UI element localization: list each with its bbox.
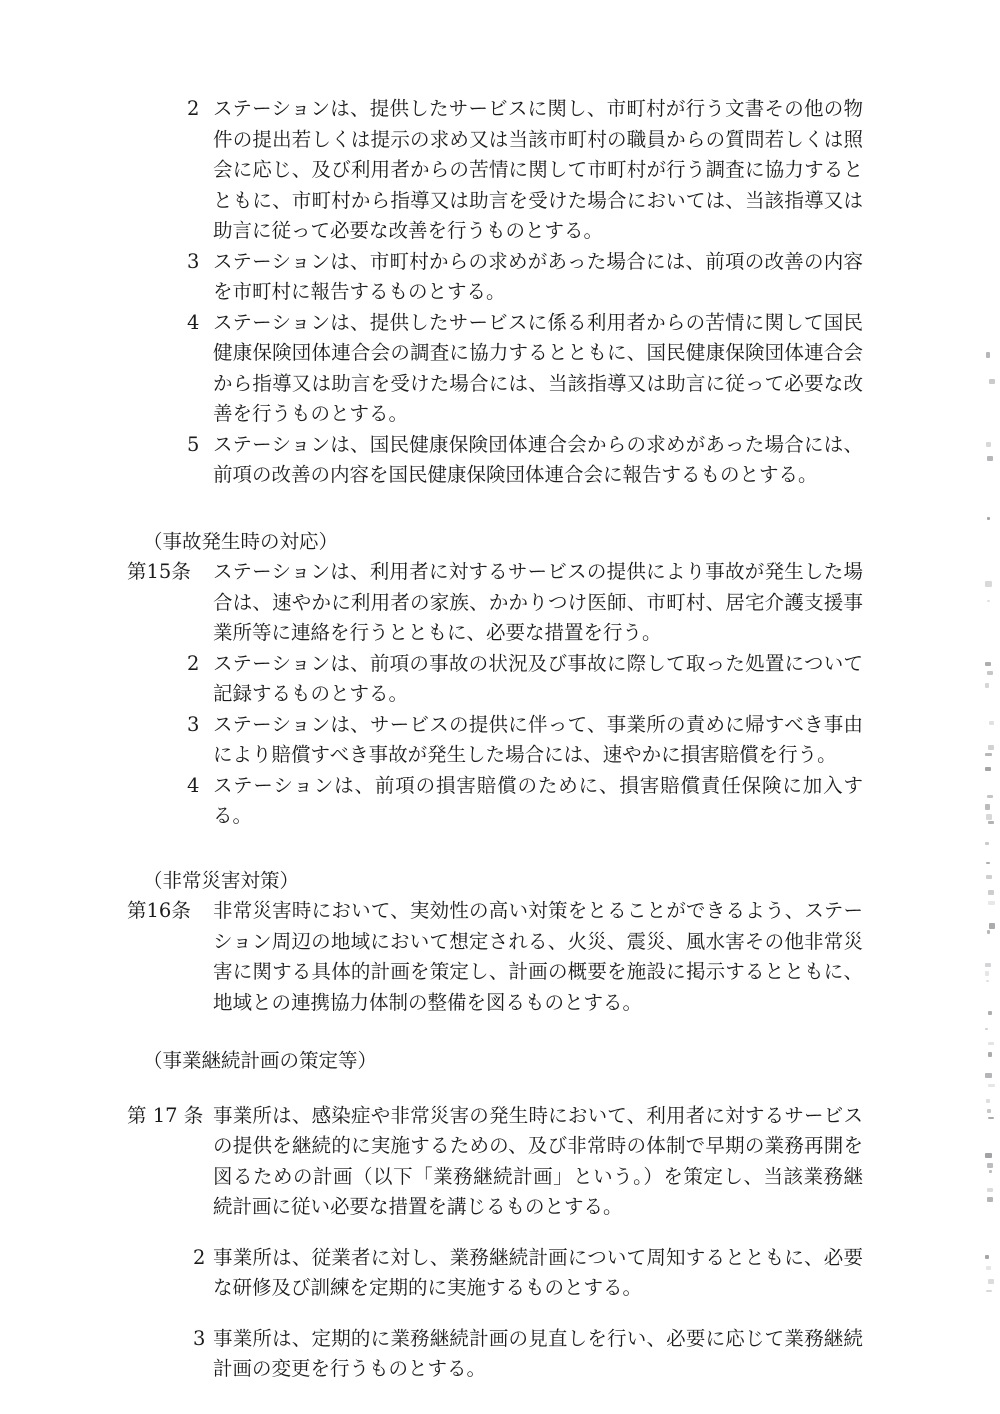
item-list: 2ステーションは、提供したサービスに関し、市町村が行う文書その他の物件の提出若し… — [127, 94, 863, 491]
section-heading: （事業継続計画の策定等） — [127, 1046, 863, 1077]
scan-artifact-tick — [988, 1011, 993, 1016]
item: 3事業所は、定期的に業務継続計画の見直しを行い、必要に応じて業務継続計画の変更を… — [127, 1324, 863, 1385]
item: 2事業所は、従業者に対し、業務継続計画について周知するとともに、必要な研修及び訓… — [127, 1243, 863, 1304]
item-number: 3 — [187, 247, 213, 308]
scan-artifact-tick — [988, 901, 995, 905]
article-text: ステーションは、利用者に対するサービスの提供により事故が発生した場合は、速やかに… — [213, 557, 863, 649]
scan-artifact-tick — [987, 930, 990, 934]
scan-artifact-tick — [985, 581, 992, 587]
scan-artifact-tick — [987, 1163, 994, 1168]
scan-artifact-tick — [985, 767, 990, 771]
scan-artifact-tick — [987, 600, 990, 602]
item-number: 5 — [187, 430, 213, 491]
scan-artifact-tick — [987, 671, 993, 676]
scan-artifact-tick — [985, 971, 989, 976]
item-number: 2 — [193, 1243, 213, 1304]
scan-artifact-tick — [987, 456, 992, 461]
scan-artifact-tick — [985, 683, 989, 687]
scan-artifact-tick — [988, 821, 994, 824]
article: 第16条非常災害時において、実効性の高い対策をとることができるよう、ステーション… — [127, 896, 863, 1018]
item-number: 2 — [187, 94, 213, 247]
article-row: 第 17 条事業所は、感染症や非常災害の発生時において、利用者に対するサービスの… — [127, 1101, 863, 1223]
item-text: ステーションは、前項の損害賠償のために、損害賠償責任保険に加入する。 — [213, 771, 863, 832]
item-list-section: 2ステーションは、提供したサービスに関し、市町村が行う文書その他の物件の提出若し… — [127, 94, 863, 491]
scan-artifact-tick — [987, 517, 990, 520]
scan-artifact-tick — [985, 804, 989, 810]
item-text: 事業所は、従業者に対し、業務継続計画について周知するとともに、必要な研修及び訓練… — [213, 1243, 863, 1304]
scan-artifact-tick — [988, 890, 994, 895]
document-page: 2ステーションは、提供したサービスに関し、市町村が行う文書その他の物件の提出若し… — [0, 0, 1000, 1414]
section-heading: （事故発生時の対応） — [127, 527, 863, 558]
scan-artifact-tick — [986, 875, 992, 878]
article: 第 17 条事業所は、感染症や非常災害の発生時において、利用者に対するサービスの… — [127, 1101, 863, 1385]
item-list: 2ステーションは、前項の事故の状況及び事故に際して取った処置について記録するもの… — [127, 649, 863, 832]
article-text: 非常災害時において、実効性の高い対策をとることができるよう、ステーション周辺の地… — [213, 896, 863, 1018]
item-number: 4 — [187, 308, 213, 430]
section-heading: （非常災害対策） — [127, 866, 863, 897]
scan-artifact-tick — [989, 721, 994, 725]
scan-artifact-tick — [985, 1153, 992, 1157]
item-text: ステーションは、前項の事故の状況及び事故に際して取った処置について記録するものと… — [213, 649, 863, 710]
scan-artifact-tick — [985, 753, 992, 756]
scan-artifact-tick — [985, 662, 991, 666]
item: 5ステーションは、国民健康保険団体連合会からの求めがあった場合には、前項の改善の… — [127, 430, 863, 491]
item-number: 2 — [187, 649, 213, 710]
scan-artifact-tick — [986, 862, 990, 864]
item-text: ステーションは、提供したサービスに係る利用者からの苦情に関して国民健康保険団体連… — [213, 308, 863, 430]
scan-artifact-tick — [987, 1109, 991, 1113]
scan-artifact-tick — [987, 1197, 992, 1202]
article-row: 第16条非常災害時において、実効性の高い対策をとることができるよう、ステーション… — [127, 896, 863, 1018]
article-text: 事業所は、感染症や非常災害の発生時において、利用者に対するサービスの提供を継続的… — [213, 1101, 863, 1223]
scan-artifact-tick — [988, 1042, 994, 1046]
item: 2ステーションは、前項の事故の状況及び事故に際して取った処置について記録するもの… — [127, 649, 863, 710]
item-text: ステーションは、サービスの提供に伴って、事業所の責めに帰すべき事由により賠償すべ… — [213, 710, 863, 771]
article-number: 第16条 — [127, 896, 213, 1018]
scan-artifact-tick — [988, 1279, 994, 1285]
scan-artifact-tick — [989, 1170, 992, 1173]
item-text: 事業所は、定期的に業務継続計画の見直しを行い、必要に応じて業務継続計画の変更を行… — [213, 1324, 863, 1385]
item-number: 4 — [187, 771, 213, 832]
scan-artifact-tick — [985, 1255, 989, 1259]
scan-artifact-tick — [985, 842, 989, 845]
scan-artifact-tick — [989, 379, 995, 384]
scan-artifact-tick — [988, 1117, 994, 1119]
item: 3ステーションは、市町村からの求めがあった場合には、前項の改善の内容を市町村に報… — [127, 247, 863, 308]
scan-artifact-tick — [986, 352, 990, 358]
scan-artifact-tick — [985, 1073, 992, 1077]
item: 2ステーションは、提供したサービスに関し、市町村が行う文書その他の物件の提出若し… — [127, 94, 863, 247]
item: 4ステーションは、提供したサービスに係る利用者からの苦情に関して国民健康保険団体… — [127, 308, 863, 430]
item-number: 3 — [193, 1324, 213, 1385]
item-text: ステーションは、提供したサービスに関し、市町村が行う文書その他の物件の提出若しく… — [213, 94, 863, 247]
article-number: 第 17 条 — [127, 1101, 213, 1223]
item-text: ステーションは、市町村からの求めがあった場合には、前項の改善の内容を市町村に報告… — [213, 247, 863, 308]
article-number: 第15条 — [127, 557, 213, 649]
item-number: 3 — [187, 710, 213, 771]
scan-artifact-tick — [987, 1188, 993, 1192]
scan-artifact-tick — [987, 795, 992, 799]
scan-artifact-tick — [986, 442, 991, 447]
item: 3ステーションは、サービスの提供に伴って、事業所の責めに帰すべき事由により賠償す… — [127, 710, 863, 771]
article-row: 第15条ステーションは、利用者に対するサービスの提供により事故が発生した場合は、… — [127, 557, 863, 649]
scan-artifact-tick — [986, 1099, 990, 1103]
scan-artifact-tick — [986, 814, 992, 820]
article: 第15条ステーションは、利用者に対するサービスの提供により事故が発生した場合は、… — [127, 557, 863, 832]
scan-artifact-tick — [988, 1084, 995, 1086]
scan-artifact-tick — [989, 923, 995, 928]
item: 4ステーションは、前項の損害賠償のために、損害賠償責任保険に加入する。 — [127, 771, 863, 832]
scan-artifact-tick — [988, 745, 994, 750]
scan-artifact-tick — [986, 1266, 991, 1269]
item-text: ステーションは、国民健康保険団体連合会からの求めがあった場合には、前項の改善の内… — [213, 430, 863, 491]
item-list: 2事業所は、従業者に対し、業務継続計画について周知するとともに、必要な研修及び訓… — [127, 1243, 863, 1385]
scan-artifact-tick — [985, 1028, 988, 1030]
scan-artifact-tick — [988, 1052, 992, 1057]
scan-artifact-tick — [986, 1290, 992, 1293]
scan-artifact-tick — [985, 963, 991, 967]
document-body: 2ステーションは、提供したサービスに関し、市町村が行う文書その他の物件の提出若し… — [127, 94, 863, 1385]
scan-artifact-tick — [986, 980, 990, 982]
